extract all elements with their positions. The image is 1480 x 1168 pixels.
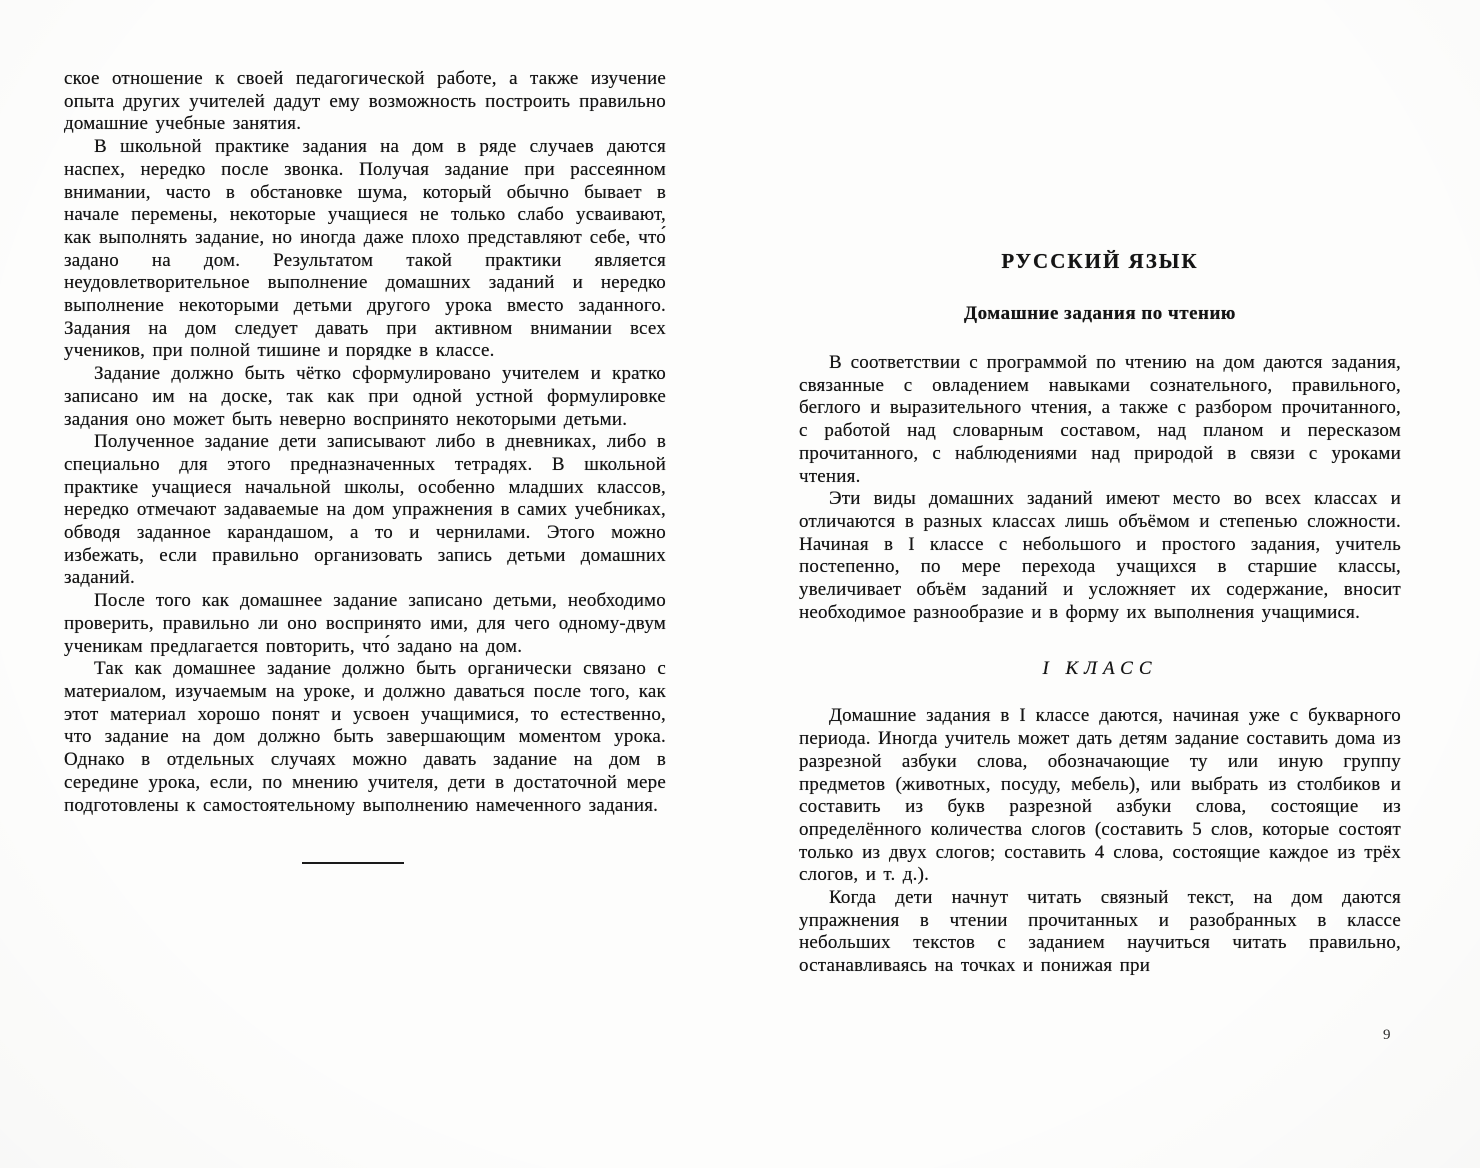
paragraph: В соответствии с программой по чтению на…	[799, 352, 1401, 488]
section-heading-grade-1: I КЛАСС	[799, 658, 1401, 680]
chapter-subtitle: Домашние задания по чтению	[799, 303, 1401, 325]
paragraph: Домашние задания в I классе даются, начи…	[799, 705, 1401, 887]
paragraph: Задание должно быть чётко сформулировано…	[64, 363, 666, 431]
paragraph: Полученное задание дети записывают либо …	[64, 431, 666, 590]
paragraph: После того как домашнее задание записано…	[64, 590, 666, 658]
right-page: РУССКИЙ ЯЗЫК Домашние задания по чтению …	[799, 249, 1401, 978]
page-number: 9	[1383, 1027, 1391, 1044]
book-scan: ское отношение к своей педагогической ра…	[0, 0, 1480, 1168]
chapter-title: РУССКИЙ ЯЗЫК	[799, 249, 1401, 274]
paragraph: В школьной практике задания на дом в ряд…	[64, 136, 666, 363]
paragraph: ское отношение к своей педагогической ра…	[64, 68, 666, 136]
paragraph: Так как домашнее задание должно быть орг…	[64, 658, 666, 817]
paragraph: Эти виды домашних заданий имеют место во…	[799, 488, 1401, 624]
paragraph: Когда дети начнут читать связный текст, …	[799, 887, 1401, 978]
left-page: ское отношение к своей педагогической ра…	[64, 68, 666, 864]
section-end-rule	[302, 862, 404, 864]
